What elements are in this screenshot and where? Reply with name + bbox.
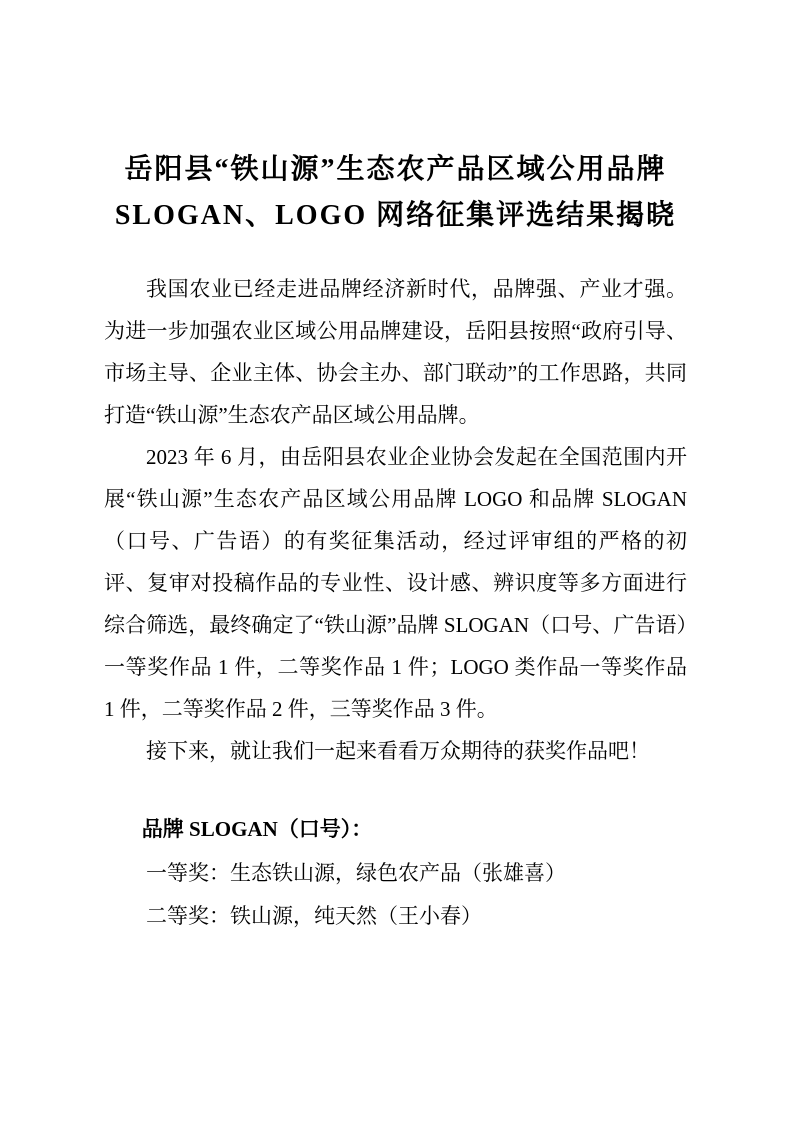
- document-title-line-2: SLOGAN、LOGO 网络征集评选结果揭晓: [104, 193, 687, 239]
- paragraph-contest-results: 2023 年 6 月，由岳阳县农业企业协会发起在全国范围内开展“铁山源”生态农产…: [104, 436, 687, 730]
- award-second-prize: 二等奖：铁山源，纯天然（王小春）: [104, 895, 687, 938]
- slogan-section-heading: 品牌 SLOGAN（口号）：: [104, 806, 687, 852]
- paragraph-intro: 我国农业已经走进品牌经济新时代，品牌强、产业才强。为进一步加强农业区域公用品牌建…: [104, 268, 687, 436]
- paragraph-lead-in: 接下来，就让我们一起来看看万众期待的获奖作品吧！: [104, 730, 687, 772]
- document-page: 岳阳县“铁山源”生态农产品区域公用品牌 SLOGAN、LOGO 网络征集评选结果…: [0, 0, 793, 1122]
- award-first-prize: 一等奖：生态铁山源，绿色农产品（张雄喜）: [104, 852, 687, 895]
- document-title-line-1: 岳阳县“铁山源”生态农产品区域公用品牌: [104, 147, 687, 193]
- section-spacer: [104, 772, 687, 806]
- document-title: 岳阳县“铁山源”生态农产品区域公用品牌 SLOGAN、LOGO 网络征集评选结果…: [104, 147, 687, 239]
